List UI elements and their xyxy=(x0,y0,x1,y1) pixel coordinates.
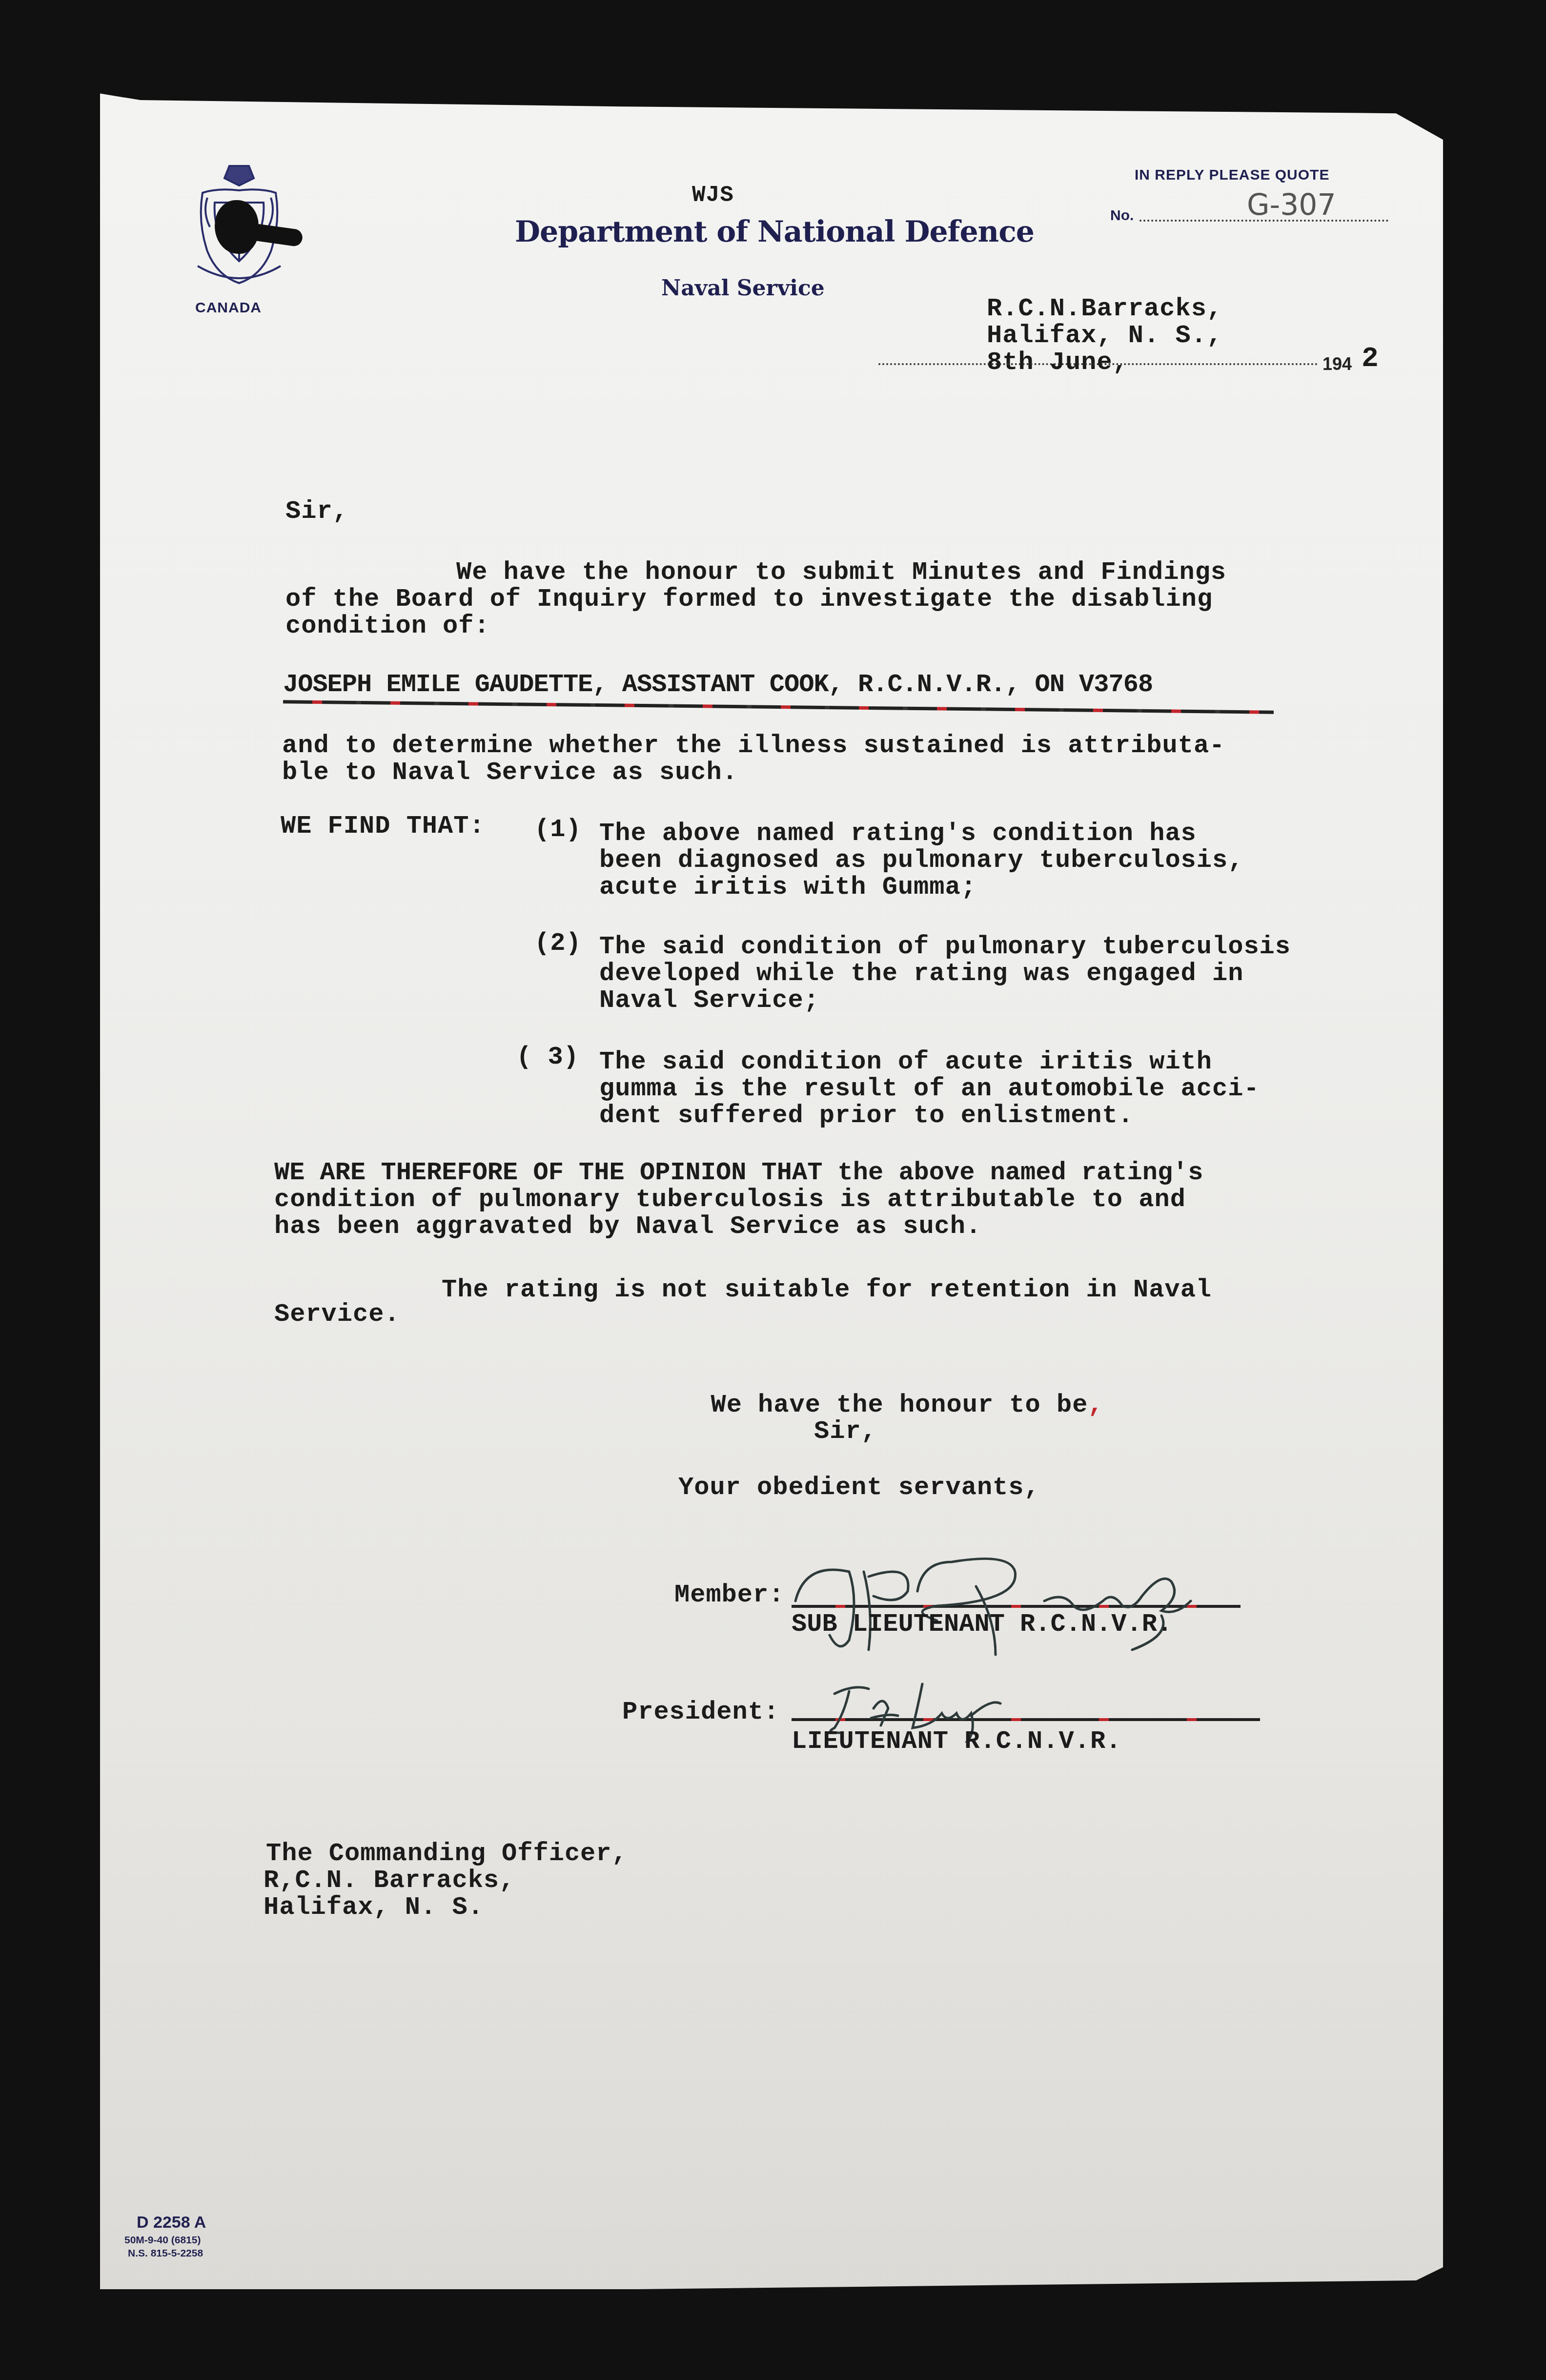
reply-quote-label: IN REPLY PLEASE QUOTE xyxy=(1135,167,1329,184)
retention-line-1: The rating is not suitable for retention… xyxy=(442,1276,1212,1304)
closing-line-1: We have the honour to be, xyxy=(679,1364,1104,1419)
department-title: Department of National Defence xyxy=(515,215,1034,249)
finding-3-line-2: gumma is the result of an automobile acc… xyxy=(599,1075,1260,1103)
finding-2-line-1: The said condition of pulmonary tubercul… xyxy=(599,933,1291,961)
finding-1-line-3: acute iritis with Gumma; xyxy=(599,874,976,901)
recipient-line-3: Halifax, N. S. xyxy=(264,1894,484,1921)
address-line-1: R.C.N.Barracks, xyxy=(987,295,1222,323)
member-signature-icon xyxy=(791,1542,1230,1660)
ref-no-label: No. xyxy=(1110,207,1134,224)
finding-1-line-2: been diagnosed as pulmonary tuberculosis… xyxy=(599,847,1243,874)
closing-text: We have the honour to be xyxy=(711,1391,1088,1419)
intro-line-3: condition of: xyxy=(285,613,490,640)
closing-line-2: Sir, xyxy=(814,1418,877,1445)
date-year-prefix: 194 xyxy=(1322,354,1352,374)
finding-2-line-2: developed while the rating was engaged i… xyxy=(599,960,1243,987)
finding-1-line-1: The above named rating's condition has xyxy=(599,820,1197,847)
intro-line-1: We have the honour to submit Minutes and… xyxy=(456,559,1226,586)
ref-no-value: G-307 xyxy=(1247,188,1336,222)
findings-label: WE FIND THAT: xyxy=(281,813,485,840)
finding-2-line-3: Naval Service; xyxy=(599,987,819,1014)
subject-line: JOSEPH EMILE GAUDETTE, ASSISTANT COOK, R… xyxy=(283,671,1153,698)
ns-code: N.S. 815-5-2258 xyxy=(128,2248,203,2259)
finding-3-line-1: The said condition of acute iritis with xyxy=(599,1048,1212,1076)
president-rank: LIEUTENANT R.C.N.V.R. xyxy=(792,1728,1121,1755)
date-line xyxy=(878,362,1318,365)
closing-line-3: Your obedient servants, xyxy=(678,1474,1040,1501)
finding-number: (1) xyxy=(534,816,582,843)
intro-line-2: of the Board of Inquiry formed to invest… xyxy=(285,586,1213,613)
crest-label: CANADA xyxy=(195,300,262,316)
purpose-line-1: and to determine whether the illness sus… xyxy=(282,732,1225,759)
salutation: Sir, xyxy=(285,498,348,525)
purpose-line-2: ble to Naval Service as such. xyxy=(282,759,738,786)
punch-hole xyxy=(215,200,259,254)
closing-comma: , xyxy=(1088,1391,1103,1419)
opinion-line-3: has been aggravated by Naval Service as … xyxy=(274,1213,981,1240)
service-subtitle: Naval Service xyxy=(661,276,825,301)
finding-number: ( 3) xyxy=(516,1044,579,1071)
form-code: D 2258 A xyxy=(137,2213,206,2232)
retention-line-2: Service. xyxy=(274,1301,400,1328)
print-code: 50M-9-40 (6815) xyxy=(124,2235,201,2246)
recipient-line-1: The Commanding Officer, xyxy=(266,1840,628,1867)
date-year-suffix: 2 xyxy=(1362,346,1379,373)
opinion-line-2: condition of pulmonary tuberculosis is a… xyxy=(274,1186,1186,1213)
opinion-line-1: WE ARE THEREFORE OF THE OPINION THAT the… xyxy=(274,1159,1203,1187)
initials: WJS xyxy=(692,182,734,209)
recipient-line-2: R,C.N. Barracks, xyxy=(264,1867,515,1894)
address-line-2: Halifax, N. S., xyxy=(987,322,1222,349)
president-label: President: xyxy=(622,1699,779,1726)
member-label: Member: xyxy=(674,1581,784,1609)
finding-3-line-3: dent suffered prior to enlistment. xyxy=(599,1102,1134,1129)
finding-number: (2) xyxy=(534,930,582,957)
member-rank: SUB LIEUTENANT R.C.N.V.R. xyxy=(792,1611,1172,1638)
